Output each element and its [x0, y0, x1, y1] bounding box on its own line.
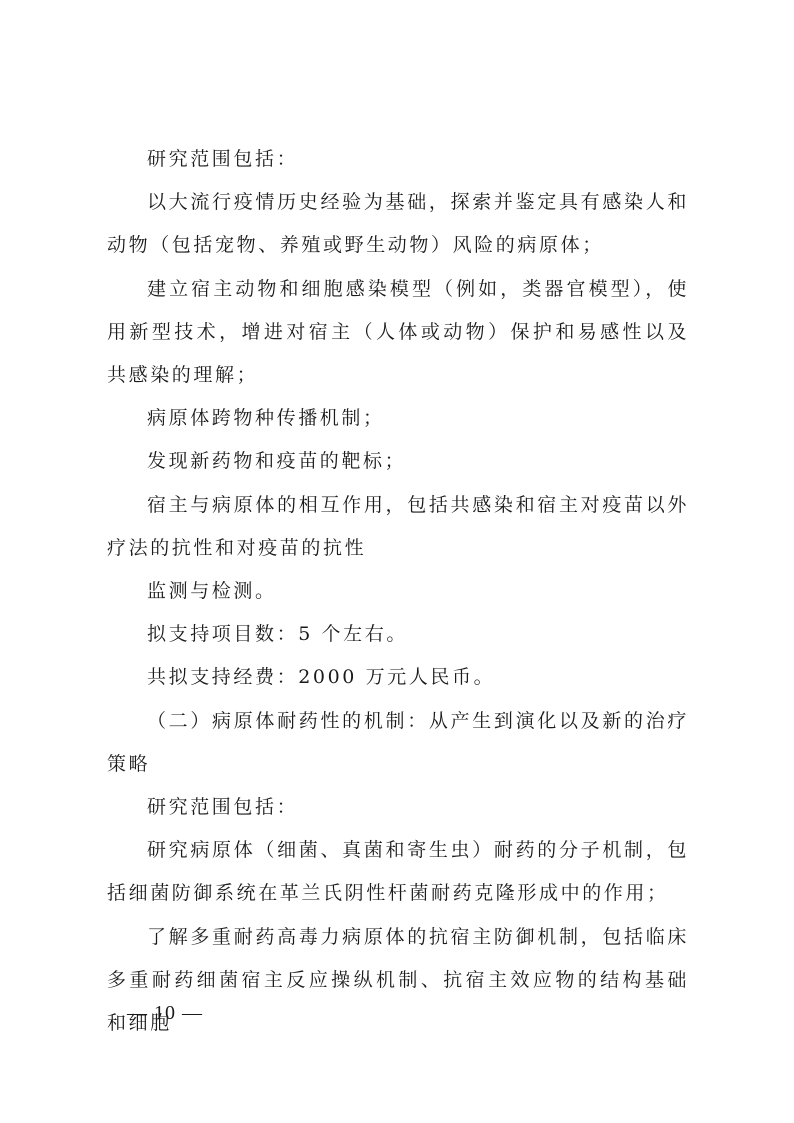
section-heading-drug-resistance: （二）病原体耐药性的机制：从产生到演化以及新的治疗策略: [107, 700, 689, 786]
document-body: 研究范围包括： 以大流行疫情历史经验为基础，探索并鉴定具有感染人和动物（包括宠物…: [107, 138, 689, 1045]
paragraph-molecular-resistance-mechanisms: 研究病原体（细菌、真菌和寄生虫）耐药的分子机制，包括细菌防御系统在革兰氏阴性杆菌…: [107, 829, 689, 915]
paragraph-drug-vaccine-targets: 发现新药物和疫苗的靶标；: [107, 440, 689, 483]
paragraph-anti-host-defense-mechanisms: 了解多重耐药高毒力病原体的抗宿主防御机制，包括临床多重耐药细菌宿主反应操纵机制、…: [107, 916, 689, 1046]
paragraph-total-funding: 共拟支持经费：2000 万元人民币。: [107, 656, 689, 699]
paragraph-pandemic-pathogen-identification: 以大流行疫情历史经验为基础，探索并鉴定具有感染人和动物（包括宠物、养殖或野生动物…: [107, 181, 689, 267]
paragraph-project-count: 拟支持项目数：5 个左右。: [107, 613, 689, 656]
page-number: — 10 —: [127, 1002, 203, 1025]
paragraph-research-scope-heading-1: 研究范围包括：: [107, 138, 689, 181]
paragraph-host-pathogen-interaction: 宿主与病原体的相互作用，包括共感染和宿主对疫苗以外疗法的抗性和对疫苗的抗性: [107, 484, 689, 570]
paragraph-cross-species-transmission: 病原体跨物种传播机制；: [107, 397, 689, 440]
paragraph-research-scope-heading-2: 研究范围包括：: [107, 786, 689, 829]
paragraph-host-infection-models: 建立宿主动物和细胞感染模型（例如，类器官模型），使用新型技术，增进对宿主（人体或…: [107, 268, 689, 398]
paragraph-surveillance-detection: 监测与检测。: [107, 570, 689, 613]
